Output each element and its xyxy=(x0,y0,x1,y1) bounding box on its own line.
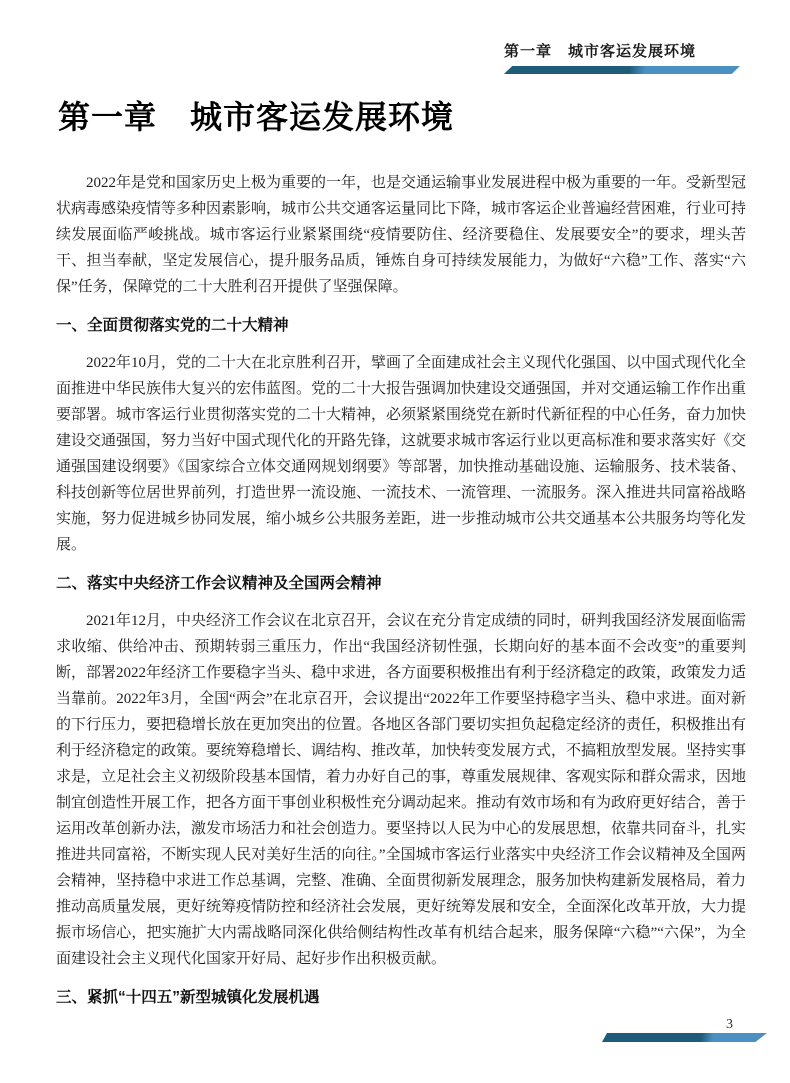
chapter-title: 第一章 城市客运发展环境 xyxy=(58,92,454,138)
body-text-column: 2022年是党和国家历史上极为重要的一年，也是交通运输事业发展进程中极为重要的一… xyxy=(56,170,746,1021)
section-2-paragraph: 2021年12月，中央经济工作会议在北京召开，会议在充分肯定成绩的同时，研判我国… xyxy=(56,608,746,972)
section-heading-2: 二、落实中央经济工作会议精神及全国两会精神 xyxy=(56,571,746,597)
footer-ribbon-decoration xyxy=(602,1033,767,1042)
section-heading-1: 一、全面贯彻落实党的二十大精神 xyxy=(56,313,746,339)
document-page: 第一章 城市客运发展环境 第一章 城市客运发展环境 2022年是党和国家历史上极… xyxy=(0,0,790,1083)
section-heading-3: 三、紧抓“十四五”新型城镇化发展机遇 xyxy=(56,985,746,1011)
running-header-chapter-label: 第一章 城市客运发展环境 xyxy=(504,40,744,61)
page-number: 3 xyxy=(726,1017,733,1033)
page-header: 第一章 城市客运发展环境 xyxy=(504,40,744,74)
intro-paragraph: 2022年是党和国家历史上极为重要的一年，也是交通运输事业发展进程中极为重要的一… xyxy=(56,170,746,300)
section-1-paragraph: 2022年10月，党的二十大在北京胜利召开，擘画了全面建成社会主义现代化强国、以… xyxy=(56,350,746,558)
header-ribbon-decoration xyxy=(504,66,740,74)
